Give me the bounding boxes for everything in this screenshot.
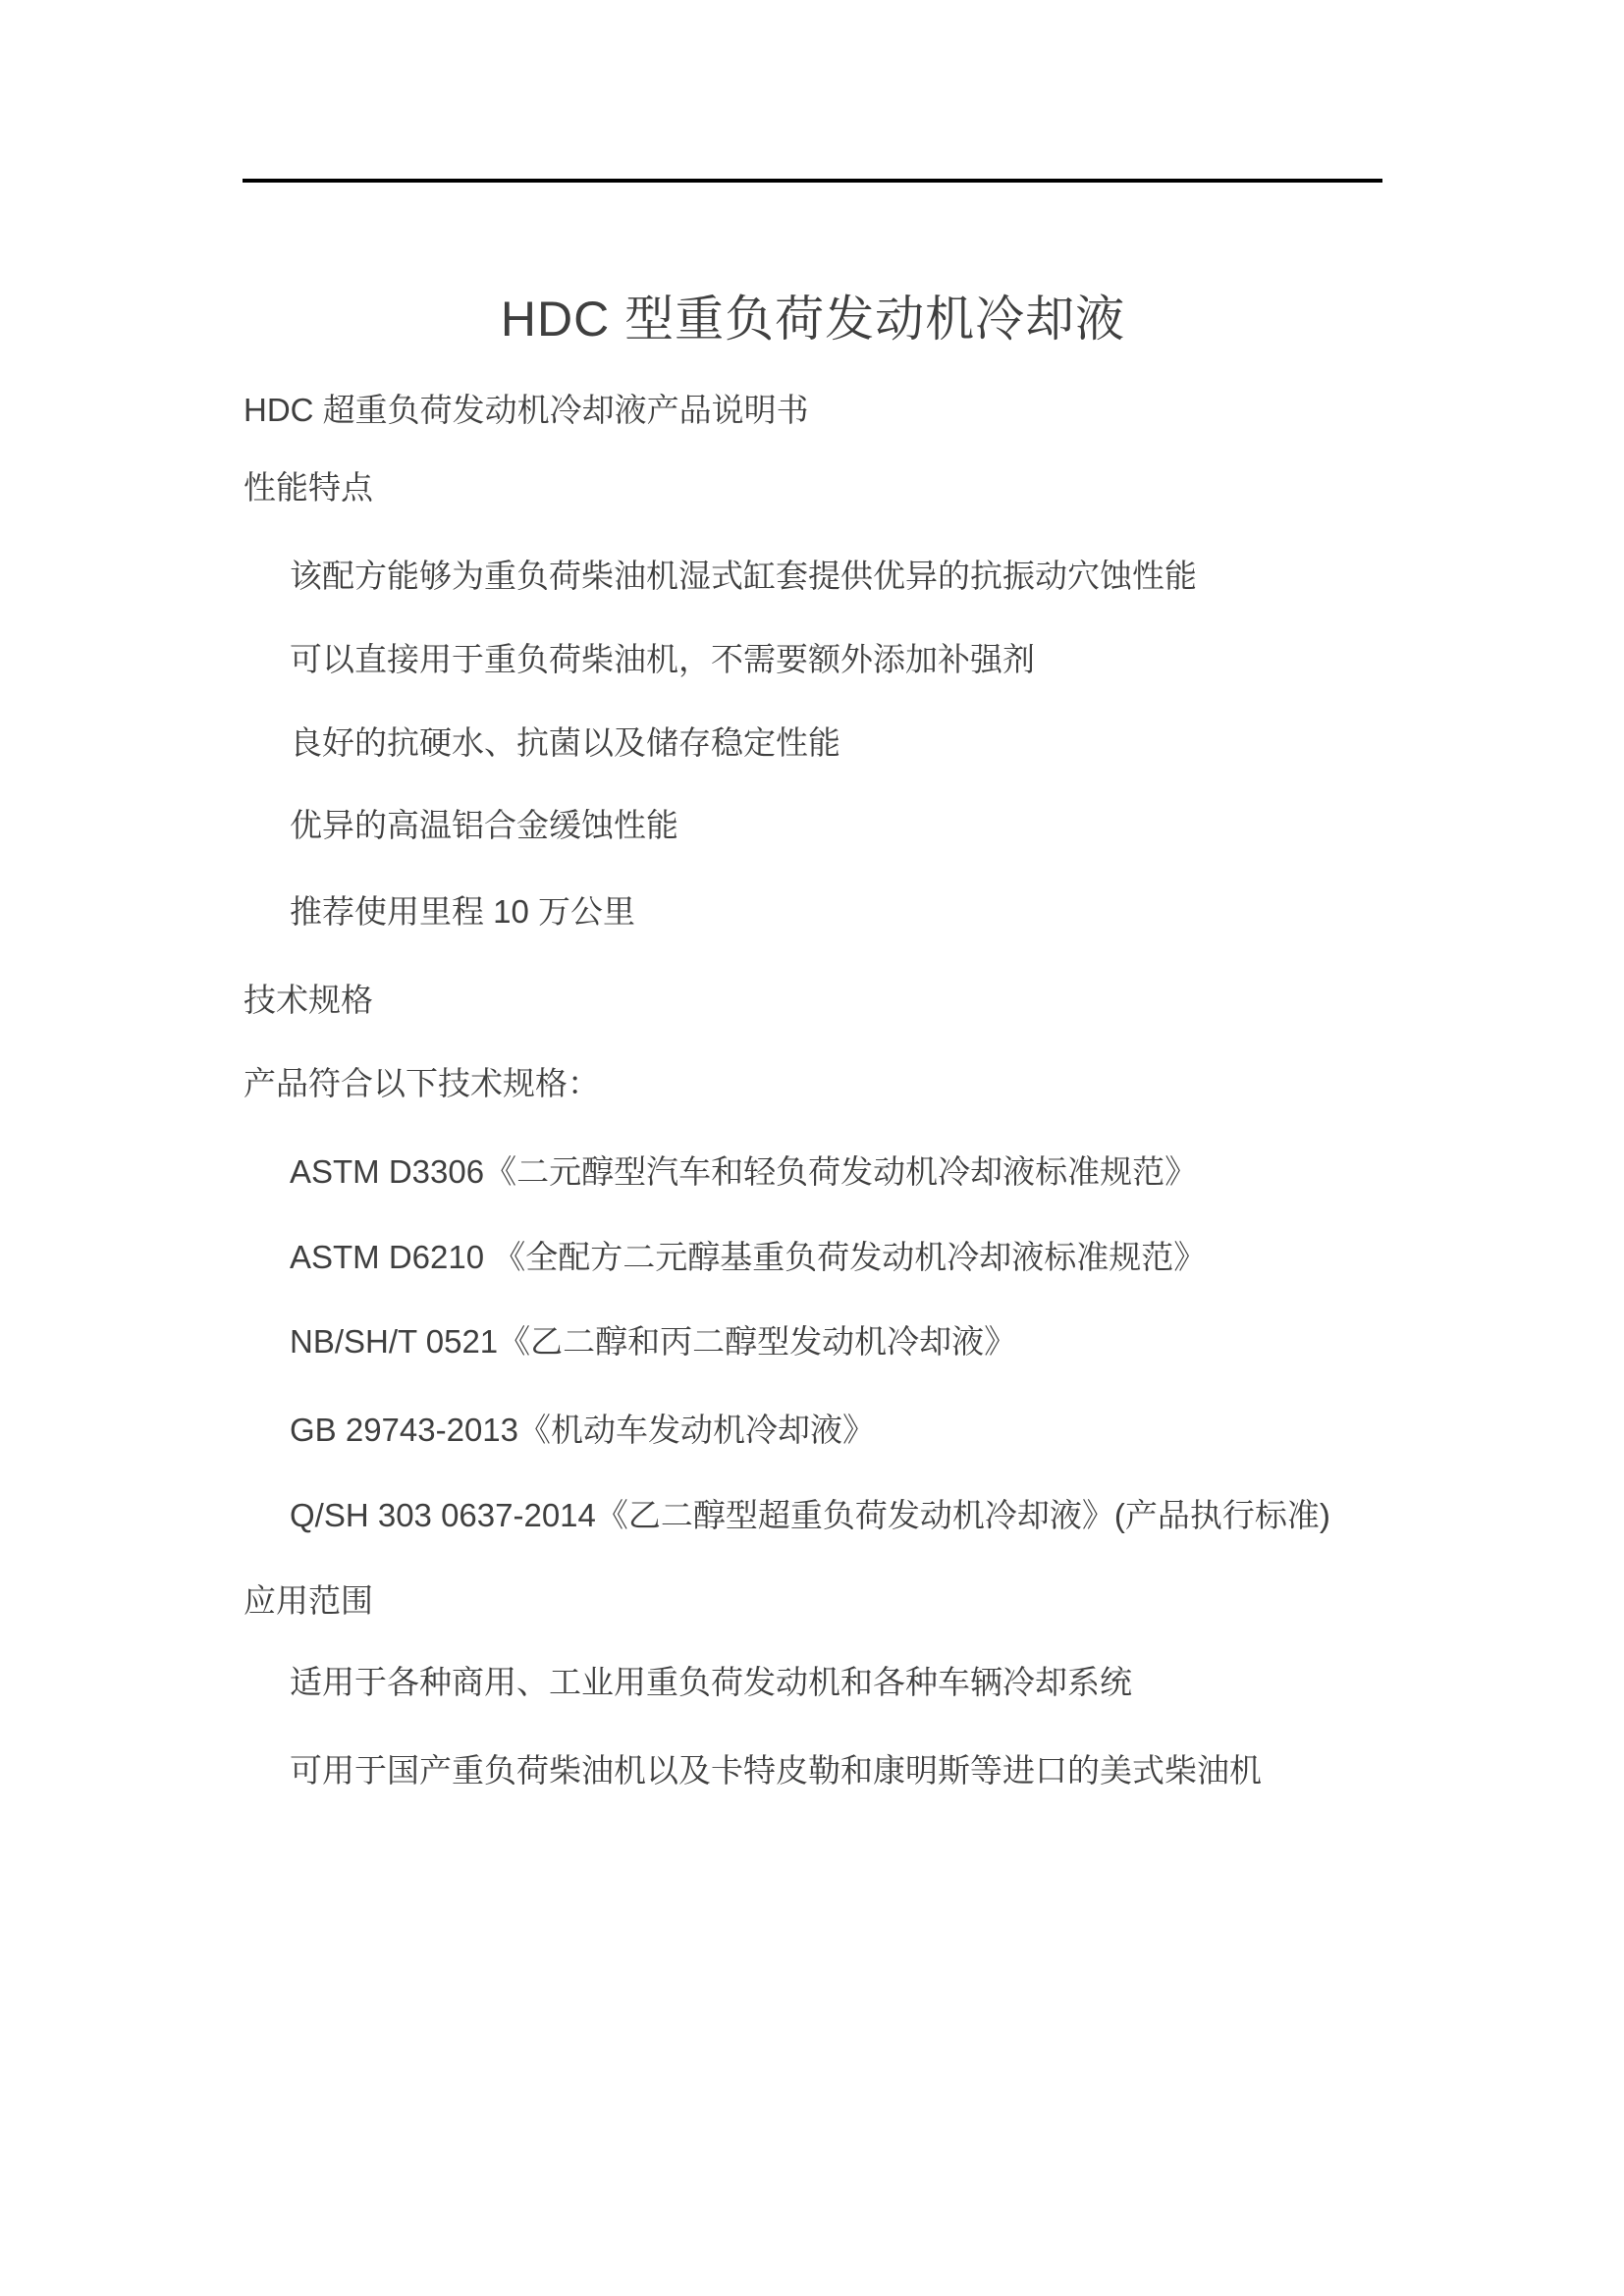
document-page: HDC 型重负荷发动机冷却液 HDC 超重负荷发动机冷却液产品说明书 性能特点 …: [0, 0, 1624, 2296]
specs-intro: 产品符合以下技术规格：: [244, 1067, 600, 1099]
application-item: 可用于国产重负荷柴油机以及卡特皮勒和康明斯等进口的美式柴油机: [290, 1754, 1262, 1787]
doc-title: HDC 型重负荷发动机冷却液: [244, 294, 1382, 344]
feature-item: 推荐使用里程 10 万公里: [290, 895, 635, 928]
standard-item: Q/SH 303 0637-2014《乙二醇型超重负荷发动机冷却液》(产品执行标…: [290, 1499, 1330, 1531]
feature-item: 该配方能够为重负荷柴油机湿式缸套提供优异的抗振动穴蚀性能: [290, 560, 1197, 592]
header-rule: [243, 179, 1382, 183]
feature-item: 优异的高温铝合金缓蚀性能: [290, 809, 678, 841]
feature-item: 可以直接用于重负荷柴油机，不需要额外添加补强剂: [290, 643, 1035, 675]
standard-item: ASTM D6210 《全配方二元醇基重负荷发动机冷却液标准规范》: [290, 1241, 1206, 1273]
feature-item: 良好的抗硬水、抗菌以及储存稳定性能: [290, 726, 840, 759]
standard-item: GB 29743-2013《机动车发动机冷却液》: [290, 1414, 875, 1446]
section-heading-performance: 性能特点: [244, 471, 373, 504]
standard-item: ASTM D3306《二元醇型汽车和轻负荷发动机冷却液标准规范》: [290, 1155, 1197, 1188]
section-heading-applications: 应用范围: [244, 1584, 373, 1617]
standard-item: NB/SH/T 0521《乙二醇和丙二醇型发动机冷却液》: [290, 1325, 1016, 1358]
section-heading-specs: 技术规格: [244, 984, 373, 1016]
doc-subtitle: HDC 超重负荷发动机冷却液产品说明书: [244, 394, 809, 426]
application-item: 适用于各种商用、工业用重负荷发动机和各种车辆冷却系统: [290, 1666, 1132, 1698]
